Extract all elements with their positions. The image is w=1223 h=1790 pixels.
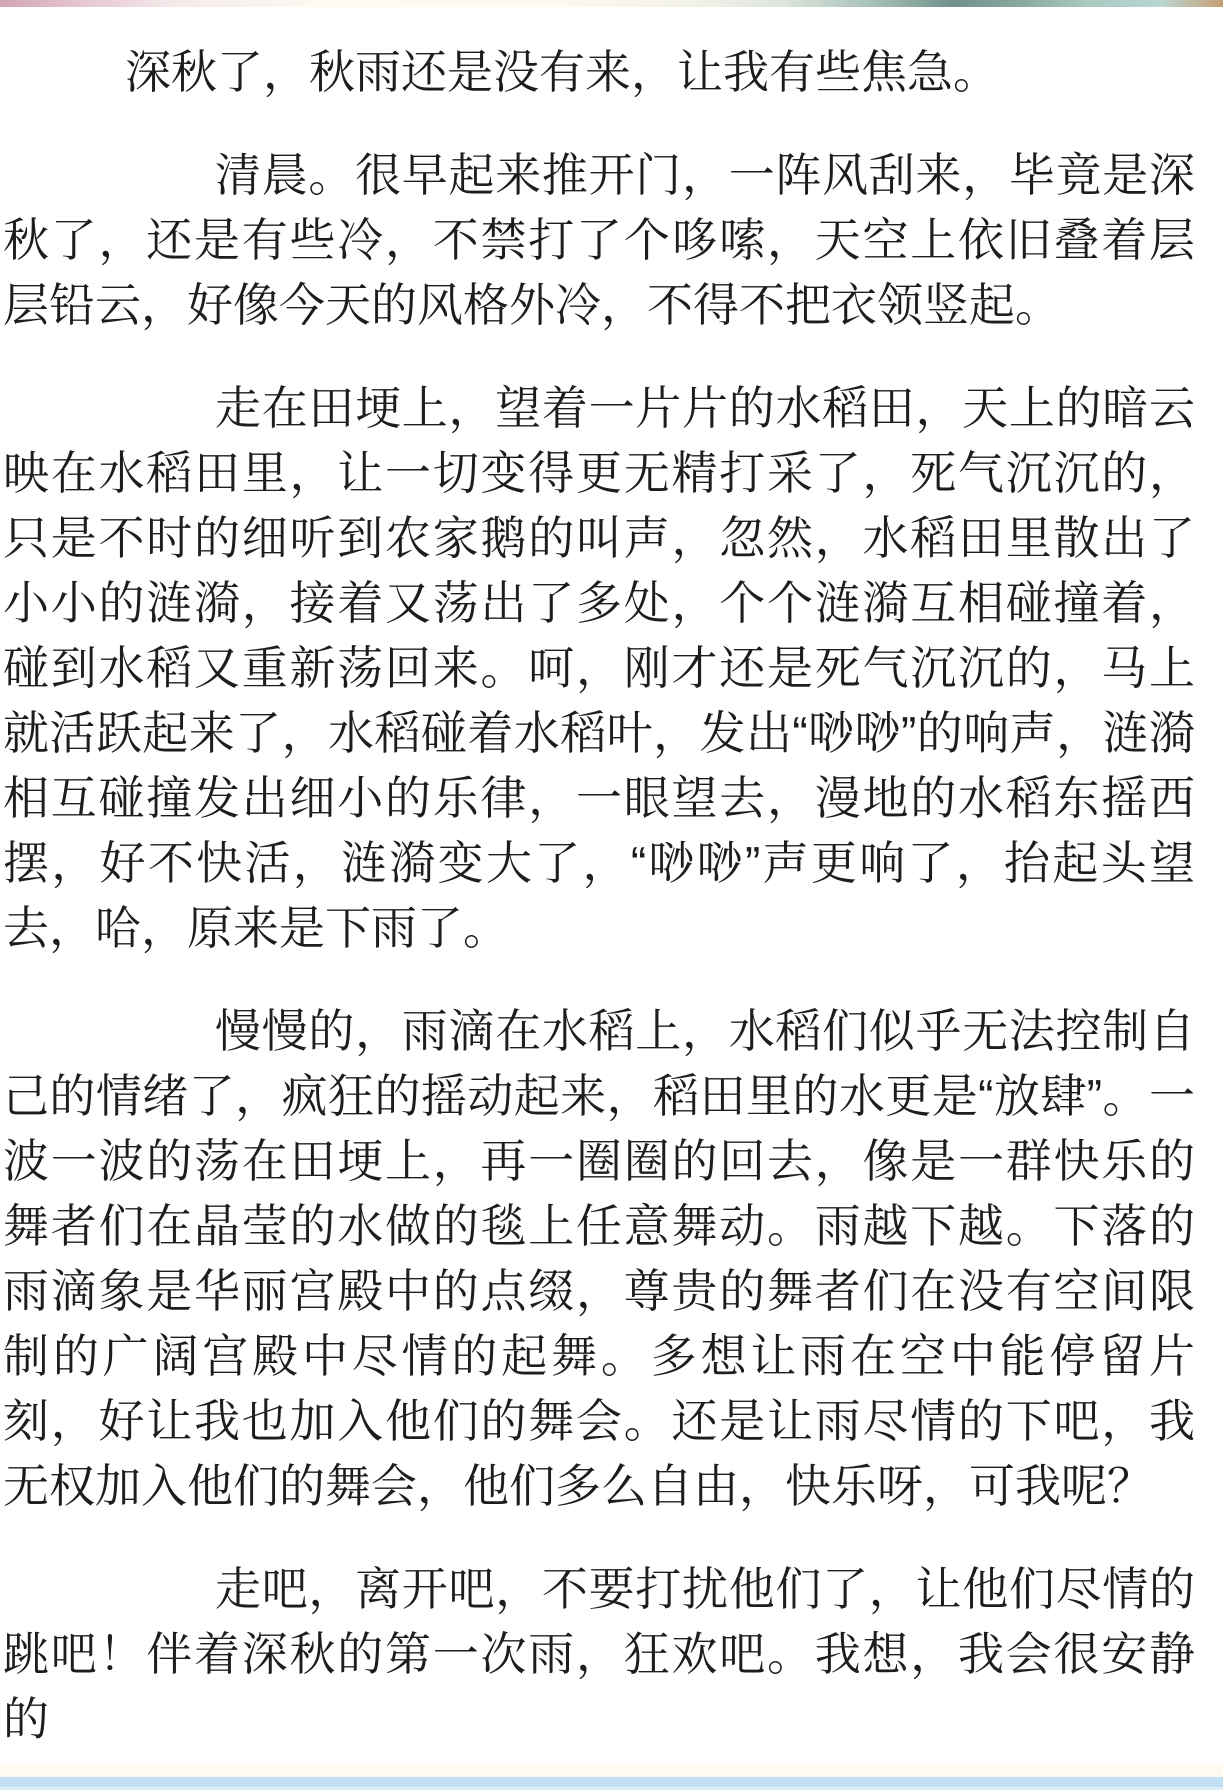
paragraph-closing: 走吧，离开吧，不要打扰他们了，让他们尽情的跳吧！伴着深秋的第一次雨，狂欢吧。我想… (3, 1557, 1195, 1752)
paragraph-paddy-fields: 走在田埂上，望着一片片的水稻田，天上的暗云映在水稻田里，让一切变得更无精打采了，… (3, 376, 1195, 961)
paragraph-morning: 清晨。很早起来推开门，一阵风刮来，毕竟是深秋了，还是有些冷，不禁打了个哆嗦，天空… (3, 143, 1195, 338)
document-page: 深秋了，秋雨还是没有来，让我有些焦急。 清晨。很早起来推开门，一阵风刮来，毕竟是… (0, 0, 1223, 1790)
paragraph-opening: 深秋了，秋雨还是没有来，让我有些焦急。 (3, 40, 1195, 105)
top-edge-gradient-strip (0, 0, 1223, 7)
bottom-warm-band (0, 1764, 1223, 1777)
paragraph-rain-dance: 慢慢的，雨滴在水稻上，水稻们似乎无法控制自己的情绪了，疯狂的摇动起来，稻田里的水… (3, 999, 1195, 1519)
bottom-blue-strip (0, 1777, 1223, 1787)
essay-text-block: 深秋了，秋雨还是没有来，让我有些焦急。 清晨。很早起来推开门，一阵风刮来，毕竟是… (0, 40, 1223, 1790)
